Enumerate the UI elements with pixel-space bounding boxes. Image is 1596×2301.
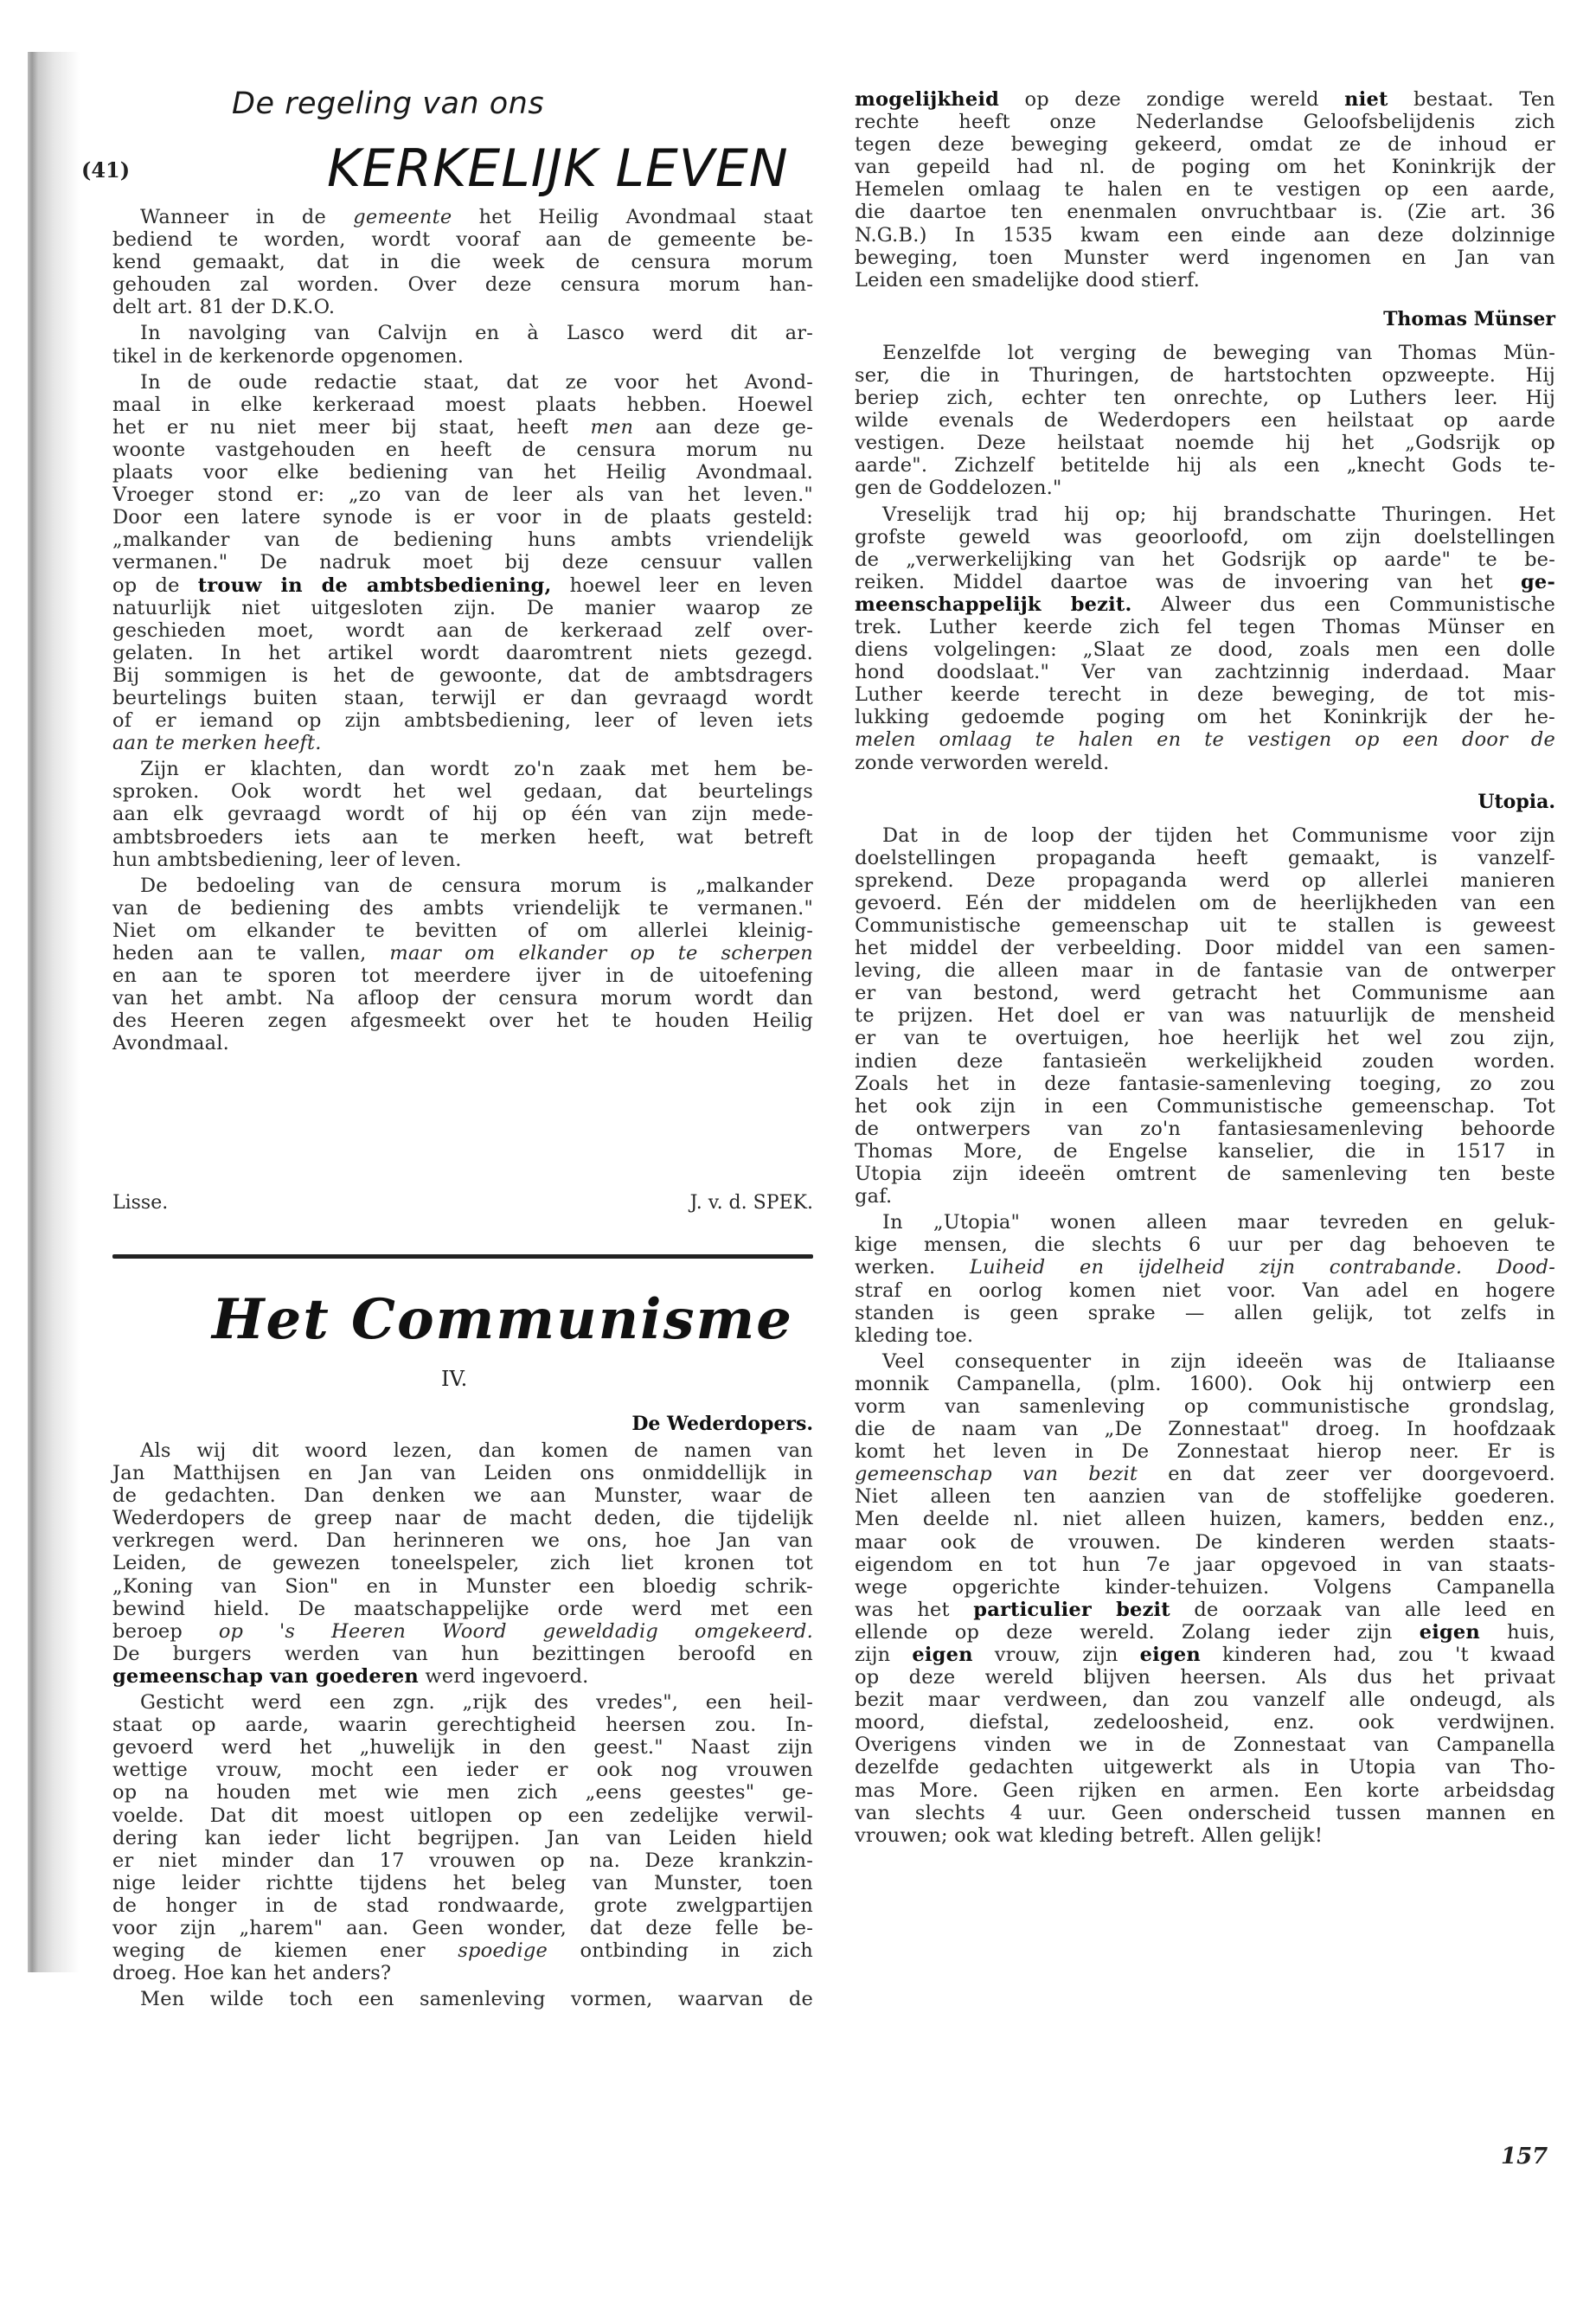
text-line: N.G.B.) In 1535 kwam een einde aan deze … [855, 224, 1555, 247]
text-run: reiken. Middel daartoe was de invoering … [855, 571, 1521, 593]
text-line: en aan te sporen tot meerdere ijver in d… [112, 965, 813, 987]
paragraph: In „Utopia" wonen alleen maar tevreden e… [855, 1211, 1555, 1347]
text-run: van de bediening des ambts vriendelijk t… [112, 897, 813, 920]
text-run: werd ingevoerd. [419, 1665, 589, 1688]
text-run: vermanen." De nadruk moet bij deze censu… [112, 551, 813, 574]
text-run: „malkander van de bediening huns ambts v… [112, 529, 813, 551]
author-name: J. v. d. SPEK. [690, 1192, 813, 1214]
text-line: gen de Goddelozen." [855, 477, 1555, 499]
text-run: aan deze ge- [633, 416, 813, 439]
text-line: maar ook de vrouwen. De kinderen werden … [855, 1531, 1555, 1554]
text-run: Zoals het in deze fantasie-samenleving t… [855, 1073, 1555, 1095]
text-run: bezit maar verdween, dan zou vanzelf all… [855, 1689, 1555, 1711]
text-line: Als wij dit woord lezen, dan komen de na… [112, 1439, 813, 1462]
text-run: hond doodslaat." Ver van zachtzinnig ind… [855, 661, 1555, 683]
text-run: op deze wereld blijven heersen. Als dus … [855, 1666, 1555, 1689]
section-heading: Utopia. [855, 790, 1555, 814]
text-run: vrouwen; ook wat kleding betreft. Allen … [855, 1824, 1323, 1847]
text-line: Niet alleen ten aanzien van de stoffelij… [855, 1485, 1555, 1508]
section-divider [112, 1254, 813, 1259]
text-run: de honger in de stad rondwaarde, grote z… [112, 1894, 813, 1917]
text-run: aarde". Zichzelf betitelde hij als een „… [855, 454, 1555, 477]
text-run: Door een latere synode is er voor in de … [112, 506, 813, 529]
paragraph: Zijn er klachten, dan wordt zo'n zaak me… [112, 758, 813, 870]
text-run: In navolging van Calvijn en à Lasco werd… [140, 322, 813, 344]
italic-text: gemeente [353, 206, 452, 228]
text-run: moord, diefstal, zedeloosheid, enz. ook … [855, 1711, 1555, 1734]
text-run: sproken. Ook wordt het wel gedaan, dat b… [112, 780, 813, 803]
paragraph: Eenzelfde lot verging de beweging van Th… [855, 342, 1555, 500]
paragraph: Wanneer in de gemeente het Heilig Avondm… [112, 206, 813, 318]
text-run: Overigens vinden we in de Zonnestaat van… [855, 1734, 1555, 1756]
text-run: delt art. 81 der D.K.O. [112, 296, 335, 318]
text-run: bediend te worden, wordt vooraf aan de g… [112, 228, 813, 251]
text-run: wilde evenals de Wederdopers een heilsta… [855, 409, 1555, 432]
text-line: weging de kiemen ener spoedige ontbindin… [112, 1939, 813, 1962]
text-line: moord, diefstal, zedeloosheid, enz. ook … [855, 1711, 1555, 1734]
text-run: kend gemaakt, dat in die week de censura… [112, 251, 813, 273]
right-column: mogelijkheid op deze zondige wereld niet… [855, 88, 1555, 1850]
text-line: ellende op deze wereld. Zolang ieder zij… [855, 1621, 1555, 1644]
text-line: de honger in de stad rondwaarde, grote z… [112, 1894, 813, 1917]
text-run: straf en oorlog komen niet voor. Van ade… [855, 1279, 1555, 1302]
article2-part-number: IV. [441, 1367, 467, 1391]
section-heading: Thomas Münser [855, 307, 1555, 331]
text-line: bediend te worden, wordt vooraf aan de g… [112, 228, 813, 251]
paragraph: In de oude redactie staat, dat ze voor h… [112, 371, 813, 755]
text-run: er van te overtuigen, hoe heerlijk het w… [855, 1027, 1555, 1049]
text-run: op na houden met wie men zich „eens gees… [112, 1781, 813, 1804]
article1-signoff: Lisse. J. v. d. SPEK. [112, 1192, 813, 1214]
text-line: natuurlijk niet uitgesloten zijn. De man… [112, 597, 813, 619]
text-run: lukking gedoemde poging om het Koninkrij… [855, 706, 1555, 728]
text-line: grofste geweld was geoorloofd, om zijn d… [855, 526, 1555, 548]
text-line: het er nu niet meer bij staat, heeft men… [112, 416, 813, 439]
text-run: De bedoeling van de censura morum is „ma… [140, 875, 813, 897]
text-line: gehouden zal worden. Over deze censura m… [112, 273, 813, 296]
page-number: 157 [1501, 2144, 1548, 2170]
text-run: ontbinding in zich [548, 1939, 813, 1962]
text-line: Wederdopers de greep naar de macht deden… [112, 1507, 813, 1529]
text-line: Hemelen omlaag te halen en te vestigen o… [855, 178, 1555, 201]
bold-text: particulier bezit [973, 1599, 1170, 1621]
text-line: geschieden moet, wordt aan de kerkeraad … [112, 619, 813, 642]
text-line: Gesticht werd een zgn. „rijk des vredes"… [112, 1691, 813, 1714]
bold-text: niet [1344, 88, 1388, 111]
text-run: verkregen werd. Dan herinneren we ons, h… [112, 1529, 813, 1552]
text-line: Overigens vinden we in de Zonnestaat van… [855, 1734, 1555, 1756]
text-line: Wanneer in de gemeente het Heilig Avondm… [112, 206, 813, 228]
text-run: Eenzelfde lot verging de beweging van Th… [882, 342, 1555, 364]
text-line: die daartoe ten enenmalen onvruchtbaar i… [855, 201, 1555, 223]
text-line: het ook zijn in een Communistische gemee… [855, 1095, 1555, 1118]
text-line: De bedoeling van de censura morum is „ma… [112, 875, 813, 897]
text-run: Luther keerde terecht in deze beweging, … [855, 683, 1555, 706]
text-run: plaats voor elke bediening van het Heili… [112, 461, 813, 484]
text-line: dezelfde gedachten uitgewerkt als in Uto… [855, 1756, 1555, 1779]
text-line: bewind hield. De maatschappelijke orde w… [112, 1598, 813, 1620]
text-line: Dat in de loop der tijden het Communisme… [855, 824, 1555, 847]
text-line: vermanen." De nadruk moet bij deze censu… [112, 551, 813, 574]
text-run: sprekend. Deze propaganda werd op allerl… [855, 869, 1555, 892]
bold-text: ge- [1521, 571, 1555, 593]
text-run: beurtelings buiten staan, terwijl er dan… [112, 687, 813, 709]
text-line: er niet minder dan 17 vrouwen op na. Dez… [112, 1849, 813, 1872]
text-line: beriep zich, echter ten onrechte, op Lut… [855, 387, 1555, 409]
text-run: Men deelde nl. niet alleen huizen, kamer… [855, 1508, 1555, 1530]
bold-text: eigen [912, 1644, 972, 1666]
article-subtitle: De regeling van ons [232, 87, 544, 121]
text-run: te prijzen. Het doel er van was natuurli… [855, 1004, 1555, 1027]
text-line: mogelijkheid op deze zondige wereld niet… [855, 88, 1555, 111]
text-line: er van te overtuigen, hoe heerlijk het w… [855, 1027, 1555, 1049]
text-run: van het ambt. Na afloop der censura moru… [112, 987, 813, 1009]
text-line: of er iemand op zijn ambtsbediening, lee… [112, 709, 813, 732]
text-line: doelstellingen propaganda heeft gemaakt,… [855, 847, 1555, 869]
text-line: Door een latere synode is er voor in de … [112, 506, 813, 529]
text-run: In „Utopia" wonen alleen maar tevreden e… [882, 1211, 1555, 1234]
text-run: geschieden moet, wordt aan de kerkeraad … [112, 619, 813, 642]
text-run: doelstellingen propaganda heeft gemaakt,… [855, 847, 1555, 869]
text-run: rechte heeft onze Nederlandse Geloofsbel… [855, 111, 1555, 133]
text-line: tikel in de kerkenorde opgenomen. [112, 345, 813, 368]
text-line: op de trouw in de ambtsbediening, hoewel… [112, 574, 813, 597]
text-line: van gepeild had nl. de poging om het Kon… [855, 156, 1555, 178]
italic-text: maar om elkander op te scherpen [389, 942, 813, 965]
bold-text: gemeenschap van goederen [112, 1665, 419, 1688]
text-line: werken. Luiheid en ijdelheid zijn contra… [855, 1256, 1555, 1279]
left-column: Wanneer in de gemeente het Heilig Avondm… [112, 206, 813, 1058]
text-run: het middel der verbeelding. Door middel … [855, 937, 1555, 959]
text-run: kinderen had, zou 't kwaad [1201, 1644, 1555, 1666]
text-run: In de oude redactie staat, dat ze voor h… [140, 371, 813, 394]
text-run: ellende op deze wereld. Zolang ieder zij… [855, 1621, 1420, 1644]
text-run: Thomas More, de Engelse kanselier, die i… [855, 1140, 1555, 1163]
bold-text: meenschappelijk bezit. [855, 593, 1132, 616]
text-run: N.G.B.) In 1535 kwam een einde aan deze … [855, 224, 1555, 247]
text-run: beweging, toen Munster werd ingenomen en… [855, 247, 1555, 269]
text-run: woonte vastgehouden en heeft de censura … [112, 439, 813, 461]
left-column-lower: De Wederdopers.Als wij dit woord lezen, … [112, 1412, 813, 2014]
text-run: de „verwerkelijking van het Godsrijk op … [855, 548, 1555, 571]
text-run: grofste geweld was geoorloofd, om zijn d… [855, 526, 1555, 548]
text-line: was het particulier bezit de oorzaak van… [855, 1599, 1555, 1621]
text-run: gen de Goddelozen." [855, 477, 1062, 499]
text-line: sproken. Ook wordt het wel gedaan, dat b… [112, 780, 813, 803]
text-run: Alweer dus een Communistische [1132, 593, 1555, 616]
text-run: Leiden een smadelijke dood stierf. [855, 269, 1200, 292]
text-line: van het ambt. Na afloop der censura moru… [112, 987, 813, 1009]
text-run: er van bestond, werd getracht het Commun… [855, 982, 1555, 1004]
text-line: Men wilde toch een samenleving vormen, w… [112, 1988, 813, 2010]
bold-text: eigen [1420, 1621, 1480, 1644]
text-run: gehouden zal worden. Over deze censura m… [112, 273, 813, 296]
text-line: indien deze fantasieën werkelijkheid zou… [855, 1050, 1555, 1073]
text-run: ser, die in Thuringen, de hartstochten o… [855, 364, 1555, 387]
text-run: Vreselijk trad hij op; hij brandschatte … [882, 503, 1555, 526]
text-run: Dat in de loop der tijden het Communisme… [882, 824, 1555, 847]
text-run: op deze zondige wereld [999, 88, 1344, 111]
text-run: er niet minder dan 17 vrouwen op na. Dez… [112, 1849, 813, 1872]
text-line: ambtsbroeders iets aan te merken heeft, … [112, 826, 813, 849]
text-run: Leiden, de gewezen toneelspeler, zich li… [112, 1552, 813, 1574]
text-line: dering kan ieder licht begrijpen. Jan va… [112, 1827, 813, 1849]
article1-body: Wanneer in de gemeente het Heilig Avondm… [112, 206, 813, 1054]
text-run: gevoerd. Eén der middelen om de heerlijk… [855, 892, 1555, 914]
text-run: De burgers werden van hun bezittingen be… [112, 1643, 813, 1665]
text-run: Hemelen omlaag te halen en te vestigen o… [855, 178, 1555, 201]
text-line: plaats voor elke bediening van het Heili… [112, 461, 813, 484]
text-run: leving, die alleen maar in de fantasie v… [855, 959, 1555, 982]
text-run: het Heilig Avondmaal staat [452, 206, 813, 228]
text-run: en aan te sporen tot meerdere ijver in d… [112, 965, 813, 987]
text-line: vestigen. Deze heilstaat noemde hij het … [855, 432, 1555, 454]
text-line: sprekend. Deze propaganda werd op allerl… [855, 869, 1555, 892]
text-line: Communistische gemeenschap uit te stalle… [855, 914, 1555, 937]
text-run: weging de kiemen ener [112, 1939, 458, 1962]
text-run: beroep [112, 1620, 219, 1643]
text-line: heden aan te vallen, maar om elkander op… [112, 942, 813, 965]
article2-body-left: De Wederdopers.Als wij dit woord lezen, … [112, 1412, 813, 2010]
text-run: vrouw, zijn [973, 1644, 1140, 1666]
text-run: beriep zich, echter ten onrechte, op Lut… [855, 387, 1555, 409]
text-line: van de bediening des ambts vriendelijk t… [112, 897, 813, 920]
text-line: wege opgerichte kinder-tehuizen. Volgens… [855, 1576, 1555, 1599]
text-line: vorm van samenleving op communistische g… [855, 1395, 1555, 1418]
text-line: melen omlaag te halen en te vestigen op … [855, 728, 1555, 751]
text-run: standen is geen sprake — allen gelijk, t… [855, 1302, 1555, 1324]
text-line: des Heeren zegen afgesmeekt over het te … [112, 1009, 813, 1032]
text-run: droeg. Hoe kan het anders? [112, 1962, 391, 1984]
text-run: kleding toe. [855, 1324, 973, 1347]
text-run: eigendom en tot hun 7e jaar opgevoed in … [855, 1554, 1555, 1576]
text-line: Utopia zijn ideeën omtrent de samenlevin… [855, 1163, 1555, 1185]
text-line: die de naam van „De Zonnestaat" droeg. I… [855, 1418, 1555, 1440]
text-run: kige mensen, die slechts 6 uur per dag b… [855, 1234, 1555, 1256]
text-run: of er iemand op zijn ambtsbediening, lee… [112, 709, 813, 732]
text-run: diens volgelingen: „Slaat ze dood, zoals… [855, 638, 1555, 661]
text-line: In de oude redactie staat, dat ze voor h… [112, 371, 813, 394]
text-line: staat op aarde, waarin gerechtigheid hee… [112, 1714, 813, 1736]
text-run: wettige vrouw, mocht een ieder er ook no… [112, 1759, 813, 1781]
text-run: huis, [1480, 1621, 1555, 1644]
text-run: zijn [855, 1644, 912, 1666]
text-run: Wederdopers de greep naar de macht deden… [112, 1507, 813, 1529]
italic-text: op 's Heeren Woord geweldadig omgekeerd. [219, 1620, 813, 1643]
text-run: staat op aarde, waarin gerechtigheid hee… [112, 1714, 813, 1736]
text-line: beweging, toen Munster werd ingenomen en… [855, 247, 1555, 269]
text-run: was het [855, 1599, 973, 1621]
text-run: wege opgerichte kinder-tehuizen. Volgens… [855, 1576, 1555, 1599]
text-run: Bij sommigen is het de gewoonte, dat de … [112, 664, 813, 687]
text-run: zonde verworden wereld. [855, 752, 1109, 774]
text-line: Leiden een smadelijke dood stierf. [855, 269, 1555, 292]
text-run: bestaat. Ten [1388, 88, 1555, 111]
text-run: van gepeild had nl. de poging om het Kon… [855, 156, 1555, 178]
text-line: kleding toe. [855, 1324, 1555, 1347]
text-run: Veel consequenter in zijn ideeën was de … [882, 1350, 1555, 1373]
text-line: gaf. [855, 1185, 1555, 1208]
text-line: aarde". Zichzelf betitelde hij als een „… [855, 454, 1555, 477]
paragraph: Dat in de loop der tijden het Communisme… [855, 824, 1555, 1208]
text-line: mas More. Geen rijken en armen. Een kort… [855, 1779, 1555, 1802]
text-line: op na houden met wie men zich „eens gees… [112, 1781, 813, 1804]
text-line: rechte heeft onze Nederlandse Geloofsbel… [855, 111, 1555, 133]
text-run: hun ambtsbediening, leer of leven. [112, 849, 462, 871]
text-run: heden aan te vallen, [112, 942, 389, 965]
text-line: Leiden, de gewezen toneelspeler, zich li… [112, 1552, 813, 1574]
text-line: wettige vrouw, mocht een ieder er ook no… [112, 1759, 813, 1781]
text-run: de ontwerpers van zo'n fantasiesamenlevi… [855, 1118, 1555, 1140]
text-line: hond doodslaat." Ver van zachtzinnig ind… [855, 661, 1555, 683]
article2-title: Het Communisme [212, 1287, 793, 1352]
text-line: bezit maar verdween, dan zou vanzelf all… [855, 1689, 1555, 1711]
italic-text: Luiheid en ijdelheid zijn contrabande. D… [970, 1256, 1555, 1279]
text-run: komt het leven in De Zonnestaat hierop n… [855, 1440, 1555, 1463]
text-run: tikel in de kerkenorde opgenomen. [112, 345, 464, 368]
text-line: gevoerd. Eén der middelen om de heerlijk… [855, 892, 1555, 914]
text-line: van slechts 4 uur. Geen onderscheid tuss… [855, 1802, 1555, 1824]
text-run: Utopia zijn ideeën omtrent de samenlevin… [855, 1163, 1555, 1185]
text-line: kige mensen, die slechts 6 uur per dag b… [855, 1234, 1555, 1256]
text-run: mas More. Geen rijken en armen. Een kort… [855, 1779, 1555, 1802]
text-run: de gedachten. Dan denken we aan Munster,… [112, 1484, 813, 1507]
text-run: het er nu niet meer bij staat, heeft [112, 416, 590, 439]
italic-text: melen omlaag te halen en te vestigen op … [855, 728, 1555, 751]
text-line: Avondmaal. [112, 1032, 813, 1054]
text-line: woonte vastgehouden en heeft de censura … [112, 439, 813, 461]
text-line: er van bestond, werd getracht het Commun… [855, 982, 1555, 1004]
paragraph: Als wij dit woord lezen, dan komen de na… [112, 1439, 813, 1688]
text-line: Zoals het in deze fantasie-samenleving t… [855, 1073, 1555, 1095]
paragraph: Gesticht werd een zgn. „rijk des vredes"… [112, 1691, 813, 1984]
section-heading: De Wederdopers. [112, 1412, 813, 1436]
text-run: ambtsbroeders iets aan te merken heeft, … [112, 826, 813, 849]
text-run: Men wilde toch een samenleving vormen, w… [140, 1988, 813, 2010]
paragraph: Vreselijk trad hij op; hij brandschatte … [855, 503, 1555, 774]
text-run: Vroeger stond er: „zo van de leer als va… [112, 484, 813, 506]
text-run: Niet alleen ten aanzien van de stoffelij… [855, 1485, 1555, 1508]
text-run: vorm van samenleving op communistische g… [855, 1395, 1555, 1418]
text-run: tegen deze beweging gekeerd, omdat ze de… [855, 133, 1555, 156]
text-line: zonde verworden wereld. [855, 752, 1555, 774]
place-name: Lisse. [112, 1192, 168, 1214]
text-line: verkregen werd. Dan herinneren we ons, h… [112, 1529, 813, 1552]
text-run: Avondmaal. [112, 1032, 229, 1054]
text-line: op deze wereld blijven heersen. Als dus … [855, 1666, 1555, 1689]
text-line: Bij sommigen is het de gewoonte, dat de … [112, 664, 813, 687]
text-run: voor zijn „harem" aan. Geen wonder, dat … [112, 1917, 813, 1939]
text-run: vestigen. Deze heilstaat noemde hij het … [855, 432, 1555, 454]
text-line: In navolging van Calvijn en à Lasco werd… [112, 322, 813, 344]
text-run: gelaten. In het artikel wordt daaromtren… [112, 642, 813, 664]
paragraph-continued: mogelijkheid op deze zondige wereld niet… [855, 88, 1555, 292]
text-run: van slechts 4 uur. Geen onderscheid tuss… [855, 1802, 1555, 1824]
text-line: delt art. 81 der D.K.O. [112, 296, 813, 318]
page-binding-shadow [28, 52, 80, 1972]
text-run: maal in elke kerkeraad moest plaats hebb… [112, 394, 813, 416]
text-line: diens volgelingen: „Slaat ze dood, zoals… [855, 638, 1555, 661]
text-line: ser, die in Thuringen, de hartstochten o… [855, 364, 1555, 387]
text-line: zijn eigen vrouw, zijn eigen kinderen ha… [855, 1644, 1555, 1666]
text-line: beroep op 's Heeren Woord geweldadig omg… [112, 1620, 813, 1643]
bold-text: trouw in de ambtsbediening, [198, 574, 552, 597]
text-line: trek. Luther keerde zich fel tegen Thoma… [855, 616, 1555, 638]
text-line: de ontwerpers van zo'n fantasiesamenlevi… [855, 1118, 1555, 1140]
text-line: Thomas More, de Engelse kanselier, die i… [855, 1140, 1555, 1163]
text-line: het middel der verbeelding. Door middel … [855, 937, 1555, 959]
text-line: gemeenschap van bezit en dat zeer ver do… [855, 1463, 1555, 1485]
text-line: komt het leven in De Zonnestaat hierop n… [855, 1440, 1555, 1463]
text-run: hoewel leer en leven [552, 574, 813, 597]
text-line: standen is geen sprake — allen gelijk, t… [855, 1302, 1555, 1324]
text-line: Veel consequenter in zijn ideeën was de … [855, 1350, 1555, 1373]
text-line: voelde. Dat dit moest uitlopen op een ze… [112, 1804, 813, 1827]
text-run: Zijn er klachten, dan wordt zo'n zaak me… [140, 758, 813, 780]
text-line: reiken. Middel daartoe was de invoering … [855, 571, 1555, 593]
paragraph: De bedoeling van de censura morum is „ma… [112, 875, 813, 1055]
text-run: Wanneer in de [140, 206, 353, 228]
text-line: hun ambtsbediening, leer of leven. [112, 849, 813, 871]
text-line: meenschappelijk bezit. Alweer dus een Co… [855, 593, 1555, 616]
text-line: aan te merken heeft. [112, 732, 813, 754]
text-line: gevoerd werd het „huwelijk in den geest.… [112, 1736, 813, 1759]
text-line: straf en oorlog komen niet voor. Van ade… [855, 1279, 1555, 1302]
text-run: die de naam van „De Zonnestaat" droeg. I… [855, 1418, 1555, 1440]
text-line: In „Utopia" wonen alleen maar tevreden e… [855, 1211, 1555, 1234]
text-run: bewind hield. De maatschappelijke orde w… [112, 1598, 813, 1620]
text-run: des Heeren zegen afgesmeekt over het te … [112, 1009, 813, 1032]
article2-body-right: mogelijkheid op deze zondige wereld niet… [855, 88, 1555, 1847]
text-line: lukking gedoemde poging om het Koninkrij… [855, 706, 1555, 728]
text-line: kend gemaakt, dat in die week de censura… [112, 251, 813, 273]
text-run: op de [112, 574, 198, 597]
text-line: wilde evenals de Wederdopers een heilsta… [855, 409, 1555, 432]
text-line: Zijn er klachten, dan wordt zo'n zaak me… [112, 758, 813, 780]
bold-text: eigen [1140, 1644, 1201, 1666]
text-run: het ook zijn in een Communistische gemee… [855, 1095, 1555, 1118]
text-line: beurtelings buiten staan, terwijl er dan… [112, 687, 813, 709]
text-run: gaf. [855, 1185, 892, 1208]
text-run: natuurlijk niet uitgesloten zijn. De man… [112, 597, 813, 619]
text-run: Jan Matthijsen en Jan van Leiden ons onm… [112, 1462, 813, 1484]
italic-text: spoedige [458, 1939, 548, 1962]
text-line: maal in elke kerkeraad moest plaats hebb… [112, 394, 813, 416]
text-run: Niet om elkander te bevitten of om aller… [112, 920, 813, 942]
text-run: en dat zeer ver doorgevoerd. [1138, 1463, 1555, 1485]
text-run: werken. [855, 1256, 970, 1279]
text-run: „Koning van Sion" en in Munster een bloe… [112, 1575, 813, 1598]
text-run: monnik Campanella, (plm. 1600). Ook hij … [855, 1373, 1555, 1395]
text-line: Eenzelfde lot verging de beweging van Th… [855, 342, 1555, 364]
text-line: leving, die alleen maar in de fantasie v… [855, 959, 1555, 982]
series-number: (41) [81, 157, 130, 183]
text-line: Men deelde nl. niet alleen huizen, kamer… [855, 1508, 1555, 1530]
text-line: droeg. Hoe kan het anders? [112, 1962, 813, 1984]
text-line: vrouwen; ook wat kleding betreft. Allen … [855, 1824, 1555, 1847]
text-run: dering kan ieder licht begrijpen. Jan va… [112, 1827, 813, 1849]
text-line: de „verwerkelijking van het Godsrijk op … [855, 548, 1555, 571]
text-line: „Koning van Sion" en in Munster een bloe… [112, 1575, 813, 1598]
text-line: gemeenschap van goederen werd ingevoerd. [112, 1665, 813, 1688]
text-run: nige leider richtte tijdens het beleg va… [112, 1872, 813, 1894]
text-run: trek. Luther keerde zich fel tegen Thoma… [855, 616, 1555, 638]
italic-text: aan te merken heeft. [112, 732, 322, 754]
text-line: De burgers werden van hun bezittingen be… [112, 1643, 813, 1665]
text-run: dezelfde gedachten uitgewerkt als in Uto… [855, 1756, 1555, 1779]
text-line: Vreselijk trad hij op; hij brandschatte … [855, 503, 1555, 526]
text-run: maar ook de vrouwen. De kinderen werden … [855, 1531, 1555, 1554]
